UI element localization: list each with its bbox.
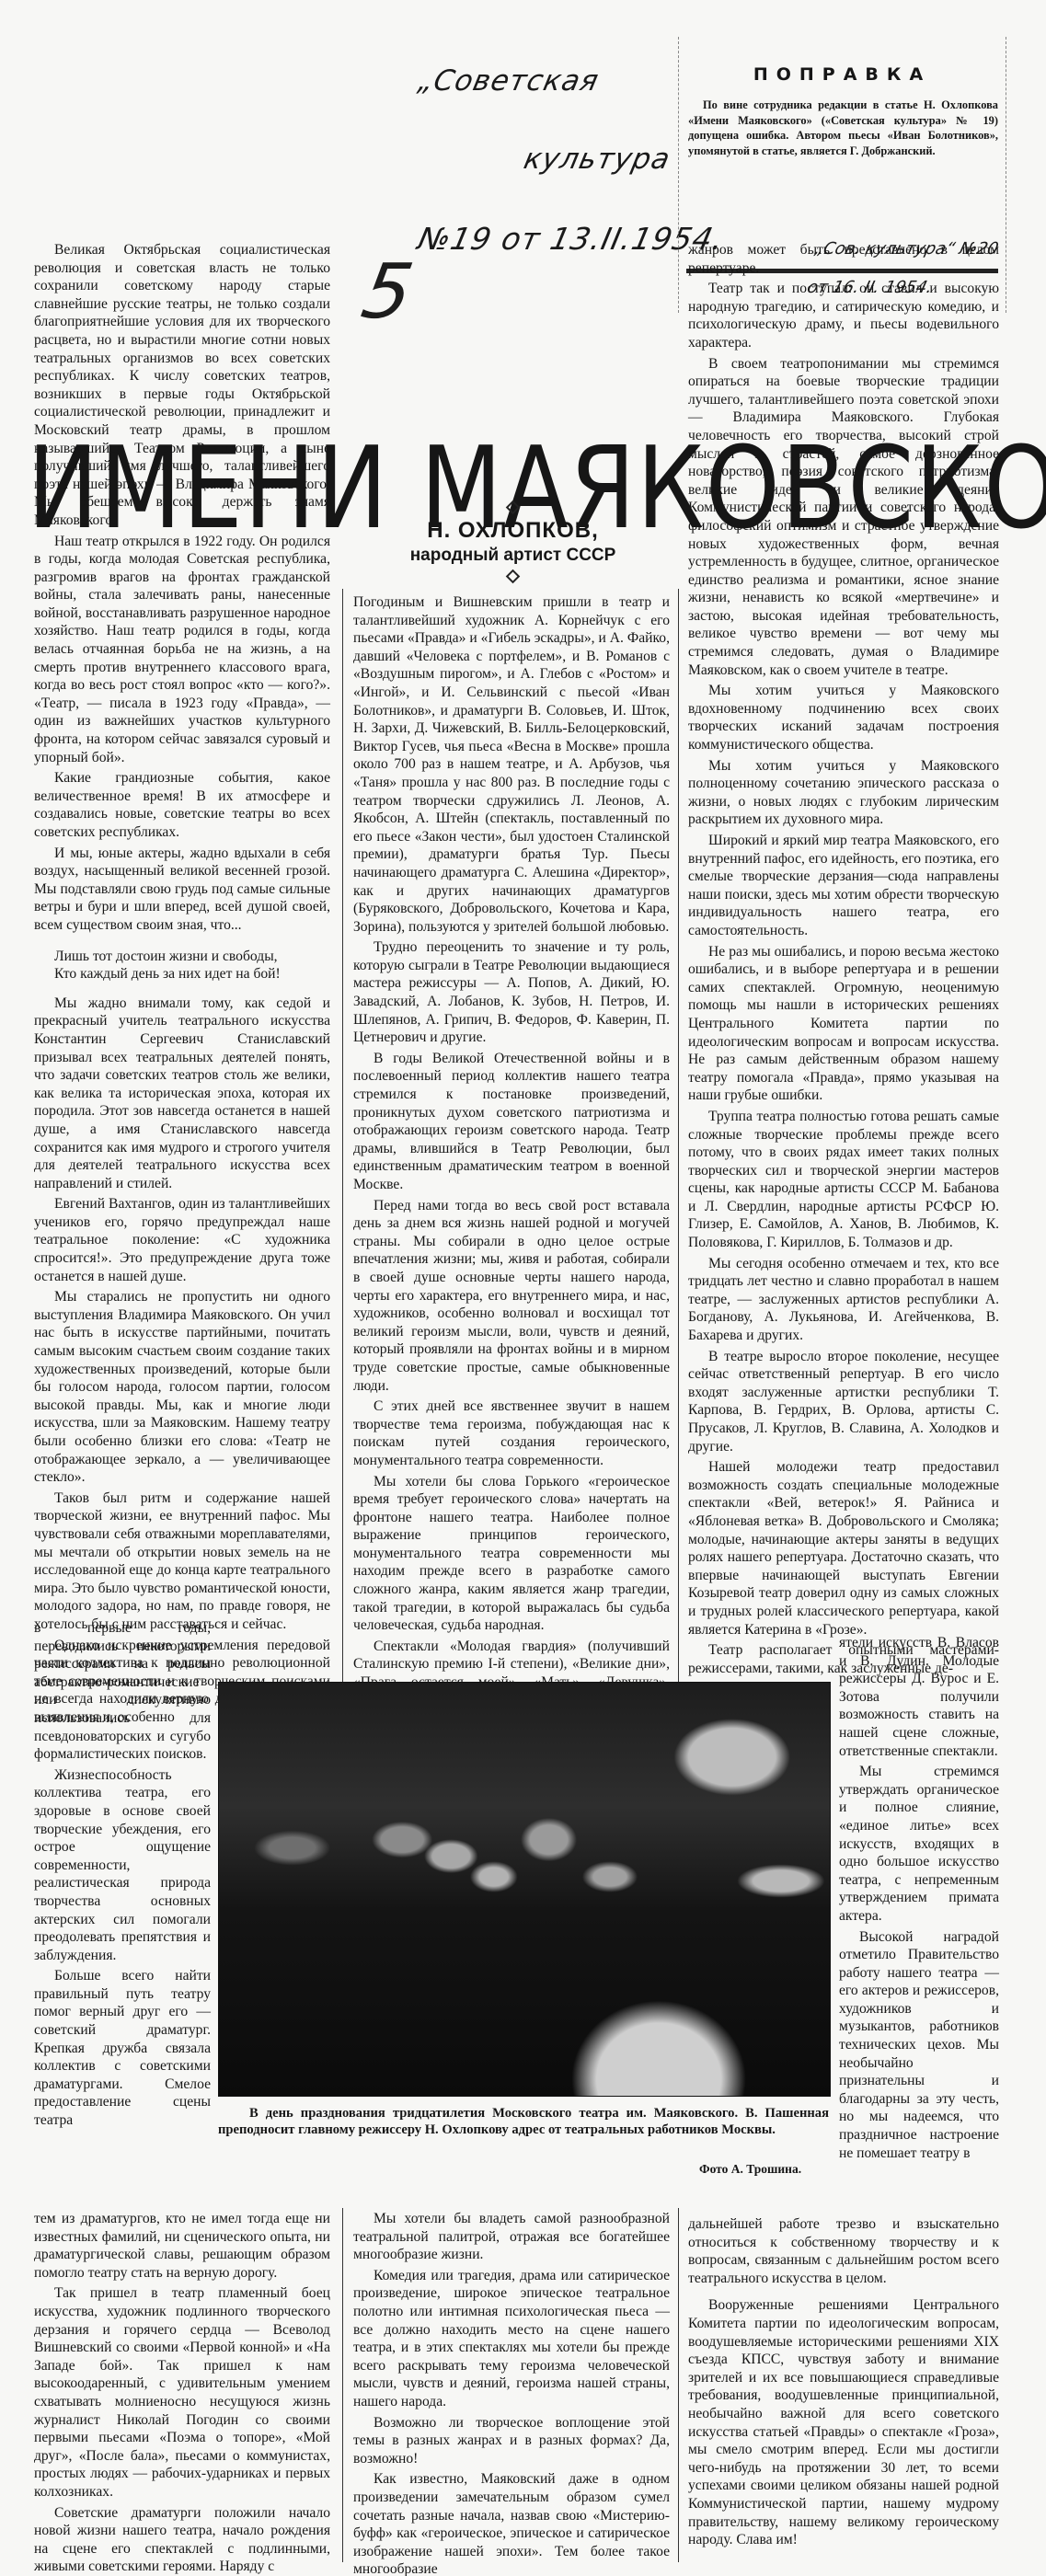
paragraph: С этих дней все явственнее звучит в наше… xyxy=(353,1397,670,1469)
column-right-bottom: дальнейшей работе трезво и взыскательно … xyxy=(688,2215,999,2549)
paragraph: И мы, юные актеры, жадно вдыхали в себя … xyxy=(34,845,330,935)
paragraph: Мы хотели бы владеть самой разнообразной… xyxy=(353,2210,670,2264)
paragraph: Мы стремимся утверждать органическое и п… xyxy=(839,1763,999,1925)
handwritten-line-culture: культура xyxy=(521,143,673,176)
photo-credit: Фото А. Трошина. xyxy=(699,2162,801,2177)
paragraph: Мы хотим учиться у Маяковского вдохновен… xyxy=(688,682,999,753)
paragraph: Жизнеспособность коллектива театра, его … xyxy=(34,1766,211,1965)
paragraph: Как известно, Маяковский даже в одном пр… xyxy=(353,2470,670,2576)
paragraph: Мы старались не пропустить ни одного выс… xyxy=(34,1288,330,1487)
paragraph: Комедия или трагедия, драма или сатириче… xyxy=(353,2267,670,2411)
author-title: народный артист СССР xyxy=(350,546,676,566)
paragraph: Мы жадно внимали тому, как седой и прекр… xyxy=(34,995,330,1193)
paragraph: Больше всего найти правильный путь театр… xyxy=(34,1967,211,2129)
news-photo-celebration xyxy=(218,1682,831,2097)
paragraph: В своем театропонимании мы стремимся опи… xyxy=(688,355,999,680)
verse-line: Лишь тот достоин жизни и свободы, xyxy=(54,948,330,966)
paragraph: Великая Октябрьская социалистическая рев… xyxy=(34,241,330,530)
paragraph: Широкий и яркий мир театра Маяковского, … xyxy=(688,832,999,940)
paragraph: В годы Великой Отечественной войны и в п… xyxy=(353,1050,670,1194)
paragraph: Погодиным и Вишневским пришли в театр и … xyxy=(353,593,670,936)
paragraph: Высокой наградой отметило Правительство … xyxy=(839,1928,999,2163)
paragraph: Мы сегодня особенно отмечаем и тех, кто … xyxy=(688,1255,999,1345)
column-divider-left xyxy=(342,589,343,1693)
correction-body: По вине сотрудника редакции в статье Н. … xyxy=(679,98,1006,158)
paragraph: Перед нами тогда во весь свой рост встав… xyxy=(353,1197,670,1396)
column-left: Великая Октябрьская социалистическая рев… xyxy=(34,241,330,1727)
paragraph: Мы хотели бы слова Горького «героическое… xyxy=(353,1473,670,1635)
paragraph: Мы хотим учиться у Маяковского полноценн… xyxy=(688,757,999,829)
handwritten-line-newspaper: „Советская xyxy=(415,64,602,98)
column-divider-left-bottom xyxy=(342,2208,343,2562)
paragraph: ятели искусств В. Власов и В. Дудин. Мол… xyxy=(839,1634,999,1760)
author-name: Н. ОХЛОПКОВ, xyxy=(350,518,676,544)
column-left-bottom: тем из драматургов, кто не имел тогда ещ… xyxy=(34,2210,330,2576)
paragraph: Возможно ли творческое воплощение этой т… xyxy=(353,2414,670,2468)
paragraph: Нашей молодежи театр предоставил возможн… xyxy=(688,1458,999,1639)
column-left-narrow: в первые годы, переводились некоторыми р… xyxy=(34,1619,211,2130)
column-right-narrow: ятели искусств В. Власов и В. Дудин. Мол… xyxy=(839,1634,999,2162)
paragraph: Театр так и поступал: он ставил и высоку… xyxy=(688,280,999,351)
paragraph: Советские драматурги положили начало нов… xyxy=(34,2504,330,2576)
paragraph: Трудно переоценить то значение и ту роль… xyxy=(353,938,670,1047)
handwritten-page-number: 5 xyxy=(356,248,420,336)
column-middle-bottom: Мы хотели бы владеть самой разнообразной… xyxy=(353,2210,670,2576)
photo-caption: В день празднования тридцатилетия Москов… xyxy=(218,2105,829,2138)
paragraph: Евгений Вахтангов, один из талантливейши… xyxy=(34,1195,330,1285)
paragraph: В театре выросло второе поколение, несущ… xyxy=(688,1348,999,1456)
paragraph: в первые годы, переводились некоторыми р… xyxy=(34,1619,211,1764)
paragraph: дальнейшей работе трезво и взыскательно … xyxy=(688,2215,999,2287)
diamond-ornament-icon xyxy=(506,569,521,584)
paragraph: Наш театр открылся в 1922 году. Он родил… xyxy=(34,533,330,767)
paragraph: Таков был ритм и содержание нашей творче… xyxy=(34,1489,330,1634)
paragraph: тем из драматургов, кто не имел тогда ещ… xyxy=(34,2210,330,2282)
column-divider-right-bottom xyxy=(678,2208,679,2562)
verse-line: Кто каждый день за них идет на бой! xyxy=(54,965,330,983)
paragraph: жанров может быть представлено в целом р… xyxy=(688,241,999,277)
paragraph: Вооруженные решениями Центрального Комит… xyxy=(688,2296,999,2548)
paragraph: Труппа театра полностью готова решать са… xyxy=(688,1108,999,1252)
diamond-ornament-icon xyxy=(506,500,521,515)
byline: Н. ОХЛОПКОВ, народный артист СССР xyxy=(350,497,676,587)
correction-title: ПОПРАВКА xyxy=(679,64,1006,85)
paragraph: Так пришел в театр пламенный боец искусс… xyxy=(34,2284,330,2501)
column-divider-right xyxy=(678,589,679,1693)
verse-quote: Лишь тот достоин жизни и свободы, Кто ка… xyxy=(34,948,330,983)
column-right: жанров может быть представлено в целом р… xyxy=(688,241,999,1677)
paragraph: Не раз мы ошибались, и порою весьма жест… xyxy=(688,943,999,1105)
paragraph: Какие грандиозные события, какое величес… xyxy=(34,769,330,841)
